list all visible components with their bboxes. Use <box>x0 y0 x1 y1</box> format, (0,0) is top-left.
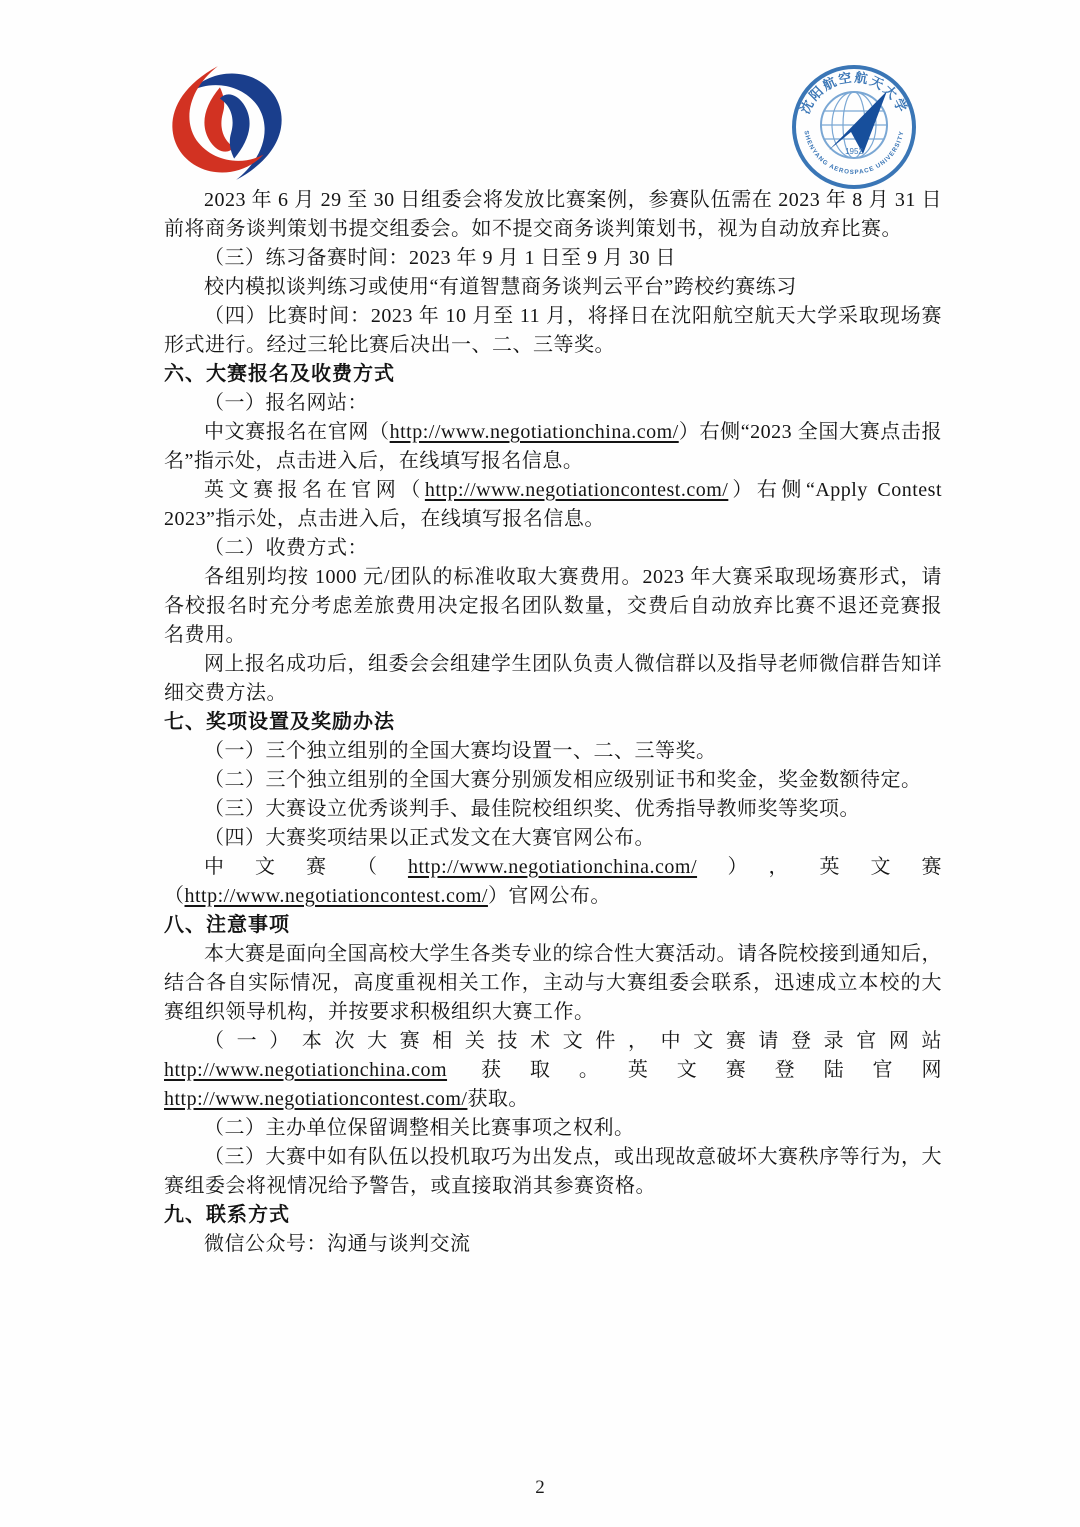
paragraph: （三）练习备赛时间：2023 年 9 月 1 日至 9 月 30 日 <box>164 244 942 273</box>
seal-year-text: 1952 <box>845 147 863 156</box>
contest-logo <box>166 62 288 184</box>
page-number: 2 <box>0 1477 1080 1499</box>
text-run: 各组别均按 1000 元/团队的标准收取大赛费用。2023 年大赛采取现场赛形式… <box>164 566 942 646</box>
text-run: 八、注意事项 <box>164 914 290 936</box>
paragraph: （三）大赛设立优秀谈判手、最佳院校组织奖、优秀指导教师奖等奖项。 <box>164 795 942 824</box>
text-run: 英文赛报名在官网（ <box>204 479 425 501</box>
text-run: ）官网公布。 <box>488 885 611 907</box>
text-run: 校内模拟谈判练习或使用“有道智慧商务谈判云平台”跨校约赛练习 <box>204 276 797 298</box>
text-run: （二）三个独立组别的全国大赛分别颁发相应级别证书和奖金，奖金数额待定。 <box>204 769 922 791</box>
paragraph: 网上报名成功后，组委会会组建学生团队负责人微信群以及指导老师微信群告知详细交费方… <box>164 650 942 708</box>
paragraph: 2023 年 6 月 29 至 30 日组委会将发放比赛案例，参赛队伍需在 20… <box>164 186 942 244</box>
paragraph: 中文赛报名在官网（http://www.negotiationchina.com… <box>164 418 942 476</box>
text-run: （一）三个独立组别的全国大赛均设置一、二、三等奖。 <box>204 740 717 762</box>
text-run: （四）大赛奖项结果以正式发文在大赛官网公布。 <box>204 827 655 849</box>
section-heading: 九、联系方式 <box>164 1201 942 1230</box>
paragraph: （一）报名网站： <box>164 389 942 418</box>
text-run: （二）主办单位保留调整相关比赛事项之权利。 <box>204 1117 635 1139</box>
paragraph: （二）三个独立组别的全国大赛分别颁发相应级别证书和奖金，奖金数额待定。 <box>164 766 942 795</box>
text-run: （四）比赛时间：2023 年 10 月至 11 月，将择日在沈阳航空航天大学采取… <box>164 305 942 356</box>
text-run: 微信公众号：沟通与谈判交流 <box>204 1233 471 1255</box>
text-run: （一）报名网站： <box>204 392 368 414</box>
url-text: http://www.negotiationcontest.com/ <box>164 1088 467 1110</box>
text-run: 六、大赛报名及收费方式 <box>164 363 395 385</box>
text-run: （三）练习备赛时间：2023 年 9 月 1 日至 9 月 30 日 <box>204 247 676 269</box>
paragraph: （一）三个独立组别的全国大赛均设置一、二、三等奖。 <box>164 737 942 766</box>
text-run: （三）大赛中如有队伍以投机取巧为出发点，或出现故意破坏大赛秩序等行为，大赛组委会… <box>164 1146 942 1197</box>
aircraft-icon <box>829 91 887 154</box>
paragraph: （一）本次大赛相关技术文件，中文赛请登录官网站 http://www.negot… <box>164 1027 942 1114</box>
url-text: http://www.negotiationchina.com/ <box>390 421 679 443</box>
url-text: http://www.negotiationcontest.com/ <box>185 885 488 907</box>
flame-swirl-icon <box>166 62 288 184</box>
text-run: 2023 年 6 月 29 至 30 日组委会将发放比赛案例，参赛队伍需在 20… <box>164 189 942 240</box>
text-run: （一）本次大赛相关技术文件，中文赛请登录官网站 <box>204 1030 942 1052</box>
document-body: 2023 年 6 月 29 至 30 日组委会将发放比赛案例，参赛队伍需在 20… <box>164 186 942 1259</box>
section-heading: 八、注意事项 <box>164 911 942 940</box>
text-run: （三）大赛设立优秀谈判手、最佳院校组织奖、优秀指导教师奖等奖项。 <box>204 798 860 820</box>
url-text: http://www.negotiationchina.com/ <box>408 856 697 878</box>
paragraph: 中文赛（http://www.negotiationchina.com/），英文… <box>164 853 942 911</box>
paragraph: 英文赛报名在官网（http://www.negotiationcontest.c… <box>164 476 942 534</box>
section-heading: 六、大赛报名及收费方式 <box>164 360 942 389</box>
paragraph: 各组别均按 1000 元/团队的标准收取大赛费用。2023 年大赛采取现场赛形式… <box>164 563 942 650</box>
university-seal-icon: 沈阳航空航天大学 SHENYANG AEROSPACE UNIVERSITY 1… <box>791 64 917 190</box>
seal-top-text: 沈阳航空航天大学 <box>797 70 911 117</box>
url-text: http://www.negotiationchina.com <box>164 1059 447 1081</box>
paragraph: （二）主办单位保留调整相关比赛事项之权利。 <box>164 1114 942 1143</box>
paragraph: （三）大赛中如有队伍以投机取巧为出发点，或出现故意破坏大赛秩序等行为，大赛组委会… <box>164 1143 942 1201</box>
text-run: 七、奖项设置及奖励办法 <box>164 711 395 733</box>
paragraph: （二）收费方式： <box>164 534 942 563</box>
paragraph: （四）比赛时间：2023 年 10 月至 11 月，将择日在沈阳航空航天大学采取… <box>164 302 942 360</box>
paragraph: 校内模拟谈判练习或使用“有道智慧商务谈判云平台”跨校约赛练习 <box>164 273 942 302</box>
text-run: 获取。 <box>467 1088 529 1110</box>
paragraph: 本大赛是面向全国高校大学生各类专业的综合性大赛活动。请各院校接到通知后，结合各自… <box>164 940 942 1027</box>
text-run: 网上报名成功后，组委会会组建学生团队负责人微信群以及指导老师微信群告知详细交费方… <box>164 653 942 704</box>
text-run: 九、联系方式 <box>164 1204 290 1226</box>
text-run: 本大赛是面向全国高校大学生各类专业的综合性大赛活动。请各院校接到通知后，结合各自… <box>164 943 942 1023</box>
paragraph: （四）大赛奖项结果以正式发文在大赛官网公布。 <box>164 824 942 853</box>
section-heading: 七、奖项设置及奖励办法 <box>164 708 942 737</box>
url-text: http://www.negotiationcontest.com/ <box>425 479 728 501</box>
text-run: 获取。英文赛登陆官网 <box>447 1059 942 1081</box>
text-run: （二）收费方式： <box>204 537 368 559</box>
paragraph: 微信公众号：沟通与谈判交流 <box>164 1230 942 1259</box>
scanned-document-page: 沈阳航空航天大学 SHENYANG AEROSPACE UNIVERSITY 1… <box>0 0 1080 1527</box>
text-run: 中文赛（ <box>204 856 408 878</box>
university-seal: 沈阳航空航天大学 SHENYANG AEROSPACE UNIVERSITY 1… <box>791 64 917 190</box>
text-run: 中文赛报名在官网（ <box>204 421 390 443</box>
svg-text:沈阳航空航天大学: 沈阳航空航天大学 <box>797 70 911 117</box>
